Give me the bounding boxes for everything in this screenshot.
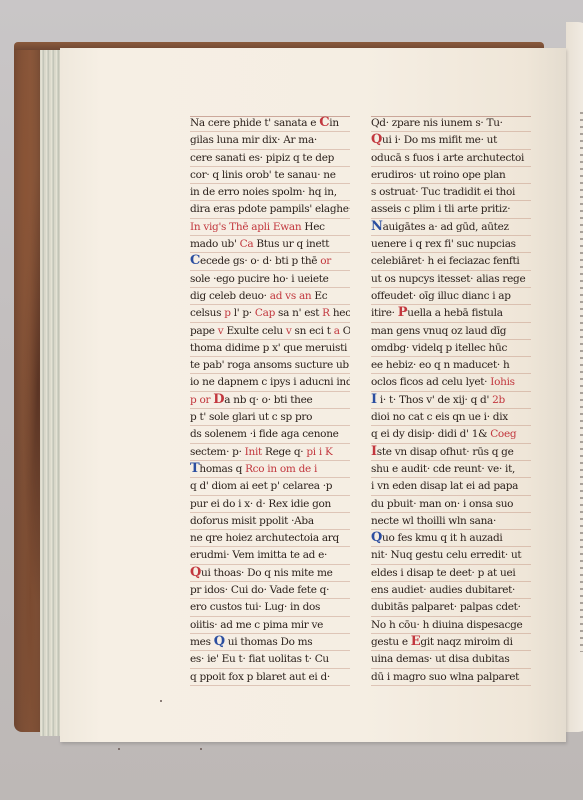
manuscript-line: gestu e Egit naqz miroim di (371, 634, 531, 651)
script-text: oducā s fuos i arte archutectoi (371, 152, 524, 164)
manuscript-line: uina demas· ut disa dubitas (371, 651, 531, 668)
script-text: s ostruat· Tuc tradidit ei thoi (371, 186, 515, 198)
text-column-right: Qd· zpare nis iunem s· Tu·Qui i· Do ms m… (371, 115, 531, 686)
script-text: git naqz miroim di (420, 636, 512, 648)
manuscript-line: ee hebiz· eo q n maducet· h (371, 357, 531, 374)
script-text: ui thoas· Do q nis mite me (201, 567, 333, 579)
decorated-initial: C (190, 253, 200, 268)
script-text: i vn eden disap lat ei ad papa (371, 480, 518, 492)
script-text: oiitis· ad me c pima mir ve (190, 619, 323, 631)
manuscript-line: cere sanati es· pipiz q te dep (190, 150, 350, 167)
script-text: i· t· Thos v' de xij· q d' (377, 394, 492, 406)
decorated-initial: T (190, 461, 199, 476)
script-text: io ne dapnem c ipys i aducni indie (190, 376, 350, 388)
manuscript-line: Quo fes kmu q it h auzadi (371, 530, 531, 547)
manuscript-line: i vn eden disap lat ei ad papa (371, 478, 531, 495)
script-text: auigātes a· ad gūd, aūtez (383, 221, 509, 233)
manuscript-line: No h cōu· h diuina dispesacge (371, 617, 531, 634)
script-text: erudmi· Vem imitta te ad e· (190, 549, 327, 561)
decorated-initial: Q (214, 634, 225, 649)
script-text: es· ie' Eu t· fiat uolitas t· Cu (190, 653, 329, 665)
script-text: gilas luna mir dix· Ar ma· (190, 134, 317, 146)
manuscript-line: io ne dapnem c ipys i aducni indie (190, 374, 350, 391)
manuscript-line: asseis c plim i tli arte pritiz· (371, 201, 531, 218)
script-text: p t' sole glari ut c sp pro (190, 411, 312, 423)
manuscript-line: s ostruat· Tuc tradidit ei thoi (371, 184, 531, 201)
manuscript-line: Iste vn disap ofhut· rūs q ge (371, 444, 531, 461)
script-text: hec (330, 307, 350, 319)
script-text: uella a hebā fistula (407, 307, 502, 319)
manuscript-line: es· ie' Eu t· fiat uolitas t· Cu (190, 651, 350, 668)
manuscript-line: mes Q ui thomas Do ms (190, 634, 350, 651)
script-text: celsus (190, 307, 224, 319)
manuscript-line: Na cere phide t' sanata e Cin (190, 115, 350, 132)
pinprick-mark (200, 748, 202, 750)
manuscript-line: oclos ficos ad celu lyet· Iohis (371, 374, 531, 391)
script-text: uina demas· ut disa dubitas (371, 653, 509, 665)
manuscript-line: pr idos· Cui do· Vade fete q· (190, 582, 350, 599)
script-text: man gens vnuq oz laud dīg (371, 325, 506, 337)
script-text: pur ei do i x· d· Rex idie gon (190, 498, 331, 510)
script-text: asseis c plim i tli arte pritiz· (371, 203, 510, 215)
manuscript-line: q ei dy disip· didi d' 1& Coeg (371, 426, 531, 443)
manuscript-line: oducā s fuos i arte archutectoi (371, 150, 531, 167)
script-text: gestu e (371, 636, 411, 648)
script-text: ut os nupcys itesset· alias rege (371, 273, 525, 285)
script-text: thoma didime p x' que meruisti tge (190, 342, 350, 354)
script-text: mado ub' (190, 238, 240, 250)
script-text: oclos ficos ad celu lyet· (371, 376, 490, 388)
manuscript-line: Qd· zpare nis iunem s· Tu· (371, 115, 531, 132)
script-text: ne qre hoiez archutectoia arq (190, 532, 339, 544)
script-text: dubitās palparet· palpas cdet· (371, 601, 521, 613)
manuscript-line: du pbuit· man on· i onsa suo (371, 496, 531, 513)
decorated-initial: Q (371, 132, 382, 147)
script-text: Ec (311, 290, 327, 302)
rubric-text: Ca (240, 238, 254, 250)
script-text: pr idos· Cui do· Vade fete q· (190, 584, 329, 596)
manuscript-line: omdbg· videlq p itellec hūc (371, 340, 531, 357)
script-text: uenere i q rex fi' suc nupcias (371, 238, 516, 250)
manuscript-line: oiitis· ad me c pima mir ve (190, 617, 350, 634)
manuscript-line: sole ·ego pucire ho· i ueiete (190, 271, 350, 288)
decorated-initial: Q (371, 530, 382, 545)
rubric-text: R (322, 307, 330, 319)
script-text: sectem· p· (190, 446, 245, 458)
pinprick-mark (118, 748, 120, 750)
script-text: Btus ur q inett (253, 238, 329, 250)
script-text: No h cōu· h diuina dispesacge (371, 619, 522, 631)
script-text: omdbg· videlq p itellec hūc (371, 342, 507, 354)
manuscript-line: ne qre hoiez archutectoia arq (190, 530, 350, 547)
manuscript-line: te pab' roga ansoms sucture ub mis (190, 357, 350, 374)
script-text: homas q (199, 463, 245, 475)
manuscript-line: dubitās palparet· palpas cdet· (371, 599, 531, 616)
script-text: ens audiet· audies dubitaret· (371, 584, 515, 596)
script-text: nit· Nuq gestu celu erredit· ut (371, 549, 521, 561)
script-text: shu e audit· cde reunt· ve· it, (371, 463, 515, 475)
script-text: Hec (301, 221, 324, 233)
manuscript-line: mado ub' Ca Btus ur q inett (190, 236, 350, 253)
manuscript-line: celebiāret· h ei feciazac fenfti (371, 253, 531, 270)
script-text: cor· q linis orob' te sanau· ne (190, 169, 336, 181)
manuscript-line: Cecede gs· o· d· bti p thē or (190, 253, 350, 270)
text-column-left: Na cere phide t' sanata e Cingilas luna … (190, 115, 350, 686)
script-text: q ppoit fox p blaret aut ei d· (190, 671, 330, 683)
script-text: sa n' est (275, 307, 322, 319)
manuscript-line: cor· q linis orob' te sanau· ne (190, 167, 350, 184)
rubric-text: Iohis (490, 376, 514, 388)
manuscript-line: shu e audit· cde reunt· ve· it, (371, 461, 531, 478)
manuscript-line: doforus misit ppolit ·Aba (190, 513, 350, 530)
manuscript-line: Qui thoas· Do q nis mite me (190, 565, 350, 582)
script-text: cere sanati es· pipiz q te dep (190, 152, 334, 164)
manuscript-line: pur ei do i x· d· Rex idie gon (190, 496, 350, 513)
decorated-initial: E (411, 634, 421, 649)
manuscript-line: gilas luna mir dix· Ar ma· (190, 132, 350, 149)
script-text: sole ·ego pucire ho· i ueiete (190, 273, 329, 285)
manuscript-line: itire· Puella a hebā fistula (371, 305, 531, 322)
manuscript-line: sectem· p· Init Rege q· pi i K (190, 444, 350, 461)
rubric-text: pi i K (306, 446, 332, 458)
manuscript-line: Thomas q Rco in om de i (190, 461, 350, 478)
manuscript-line: in de erro noies spolm· hq in, (190, 184, 350, 201)
script-text: ui i· Do ms mifit me· ut (382, 134, 497, 146)
script-text: eldes i disap te deet· p at uei (371, 567, 515, 579)
script-text: offeudet· oīg illuc dianc i ap (371, 290, 511, 302)
script-text: ero custos tui· Lug· in dos (190, 601, 320, 613)
rubric-text: Rco in om de i (245, 463, 317, 475)
script-text: sn eci t (292, 325, 334, 337)
script-text: ecede gs· o· d· bti p thē (200, 255, 320, 267)
script-text: ds solenem ·i fide aga cenone (190, 428, 339, 440)
manuscript-line: Qui i· Do ms mifit me· ut (371, 132, 531, 149)
script-text: celebiāret· h ei feciazac fenfti (371, 255, 519, 267)
script-text: Na cere phide t' sanata e (190, 117, 319, 129)
manuscript-line: q ppoit fox p blaret aut ei d· (190, 669, 350, 686)
manuscript-line: q d' diom ai eet p' celarea ·p (190, 478, 350, 495)
manuscript-line: ero custos tui· Lug· in dos (190, 599, 350, 616)
manuscript-line: necte wl thoilli wln sana· (371, 513, 531, 530)
manuscript-line: erudiros· ut roino ope plan (371, 167, 531, 184)
script-text: in de erro noies spolm· hq in, (190, 186, 337, 198)
rubric-text: or (320, 255, 331, 267)
script-text: pape (190, 325, 218, 337)
rubric-text: In vig's Thē apli Ewan (190, 221, 301, 233)
pinprick-mark (160, 700, 162, 702)
script-text: ee hebiz· eo q n maducet· h (371, 359, 509, 371)
manuscript-line: eldes i disap te deet· p at uei (371, 565, 531, 582)
manuscript-line: erudmi· Vem imitta te ad e· (190, 547, 350, 564)
rubric-text: or (199, 394, 210, 406)
manuscript-line: Nauigātes a· ad gūd, aūtez (371, 219, 531, 236)
rubric-text: Init (245, 446, 262, 458)
script-text: a nb q· o· bti thee (224, 394, 312, 406)
decorated-initial: D (213, 392, 224, 407)
manuscript-line: ens audiet· audies dubitaret· (371, 582, 531, 599)
manuscript-line: pape v Exulte celu v sn eci t a O (190, 323, 350, 340)
script-text: dira eras pdote pampils' elaghe· (190, 203, 350, 215)
manuscript-line: ut os nupcys itesset· alias rege (371, 271, 531, 288)
manuscript-line: ds solenem ·i fide aga cenone (190, 426, 350, 443)
decorated-initial: P (398, 305, 407, 320)
script-text: Qd· zpare nis iunem s· Tu· (371, 117, 503, 129)
rubric-text: Cap (255, 307, 275, 319)
manuscript-line: dira eras pdote pampils' elaghe· (190, 201, 350, 218)
script-text: ui thomas Do ms (225, 636, 313, 648)
script-text: itire· (371, 307, 398, 319)
decorated-initial: Q (190, 565, 201, 580)
script-text: dioi no cat c eis qn ue i· dix (371, 411, 508, 423)
manuscript-line: p t' sole glari ut c sp pro (190, 409, 350, 426)
script-text: q d' diom ai eet p' celarea ·p (190, 480, 332, 492)
script-text: Exulte celu (223, 325, 285, 337)
script-text: necte wl thoilli wln sana· (371, 515, 496, 527)
script-text: l' p· (231, 307, 255, 319)
script-text: dig celeb deuo· (190, 290, 270, 302)
script-text: Rege q· (262, 446, 306, 458)
manuscript-line: dioi no cat c eis qn ue i· dix (371, 409, 531, 426)
script-text: ste vn disap ofhut· rūs q ge (377, 446, 514, 458)
manuscript-line: celsus p l' p· Cap sa n' est R hec (190, 305, 350, 322)
decorated-initial: N (371, 219, 383, 234)
manuscript-line: I i· t· Thos v' de xij· q d' 2b (371, 392, 531, 409)
decorated-initial: C (319, 115, 329, 130)
manuscript-line: p or Da nb q· o· bti thee (190, 392, 350, 409)
manuscript-line: man gens vnuq oz laud dīg (371, 323, 531, 340)
script-text: erudiros· ut roino ope plan (371, 169, 506, 181)
manuscript-line: offeudet· oīg illuc dianc i ap (371, 288, 531, 305)
manuscript-line: nit· Nuq gestu celu erredit· ut (371, 547, 531, 564)
manuscript-line: thoma didime p x' que meruisti tge (190, 340, 350, 357)
manuscript-line: uenere i q rex fi' suc nupcias (371, 236, 531, 253)
script-text: te pab' roga ansoms sucture ub mis (190, 359, 350, 371)
script-text: q ei dy disip· didi d' 1& (371, 428, 490, 440)
script-text: uo fes kmu q it h auzadi (382, 532, 502, 544)
manuscript-line: dig celeb deuo· ad vs an Ec (190, 288, 350, 305)
script-text: mes (190, 636, 214, 648)
rubric-text: 2b (492, 394, 505, 406)
script-text: in (329, 117, 339, 129)
manuscript-line: dū i magro suo wlna palparet (371, 669, 531, 686)
script-text: doforus misit ppolit ·Aba (190, 515, 314, 527)
rubric-text: ad vs an (270, 290, 312, 302)
script-text: du pbuit· man on· i onsa suo (371, 498, 513, 510)
script-text: dū i magro suo wlna palparet (371, 671, 519, 683)
rubric-text: Coeg (490, 428, 516, 440)
script-text: O (340, 325, 350, 337)
manuscript-line: In vig's Thē apli Ewan Hec (190, 219, 350, 236)
